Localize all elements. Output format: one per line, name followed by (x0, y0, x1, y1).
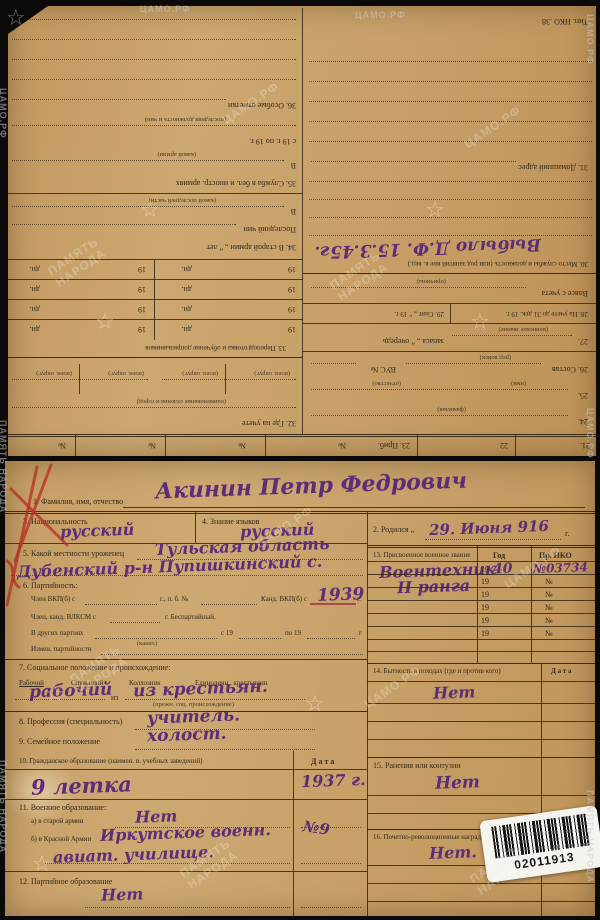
blank-line (452, 335, 572, 336)
blank-line (125, 699, 305, 700)
struck-off-register-label: Вовсе с учета (541, 289, 588, 298)
star-watermark-icon: ☆ (95, 310, 115, 335)
grid-line (515, 434, 516, 456)
field-12-label: 12. Партийное образование (19, 877, 112, 886)
field-6-from-year: с 19 (221, 629, 233, 637)
number-sign: № (545, 629, 553, 638)
camo-watermark: ЦАМО.РФ (585, 14, 595, 65)
field-35-army-caption: (какой армии) (157, 151, 196, 158)
scanned-document-page: { "watermarks": {"camo": "ЦАМО.РФ", "pam… (0, 0, 600, 920)
year-prefix: 19 (138, 265, 146, 274)
rule (8, 357, 303, 358)
blank-line (12, 125, 296, 126)
field-35-dates: с 19 г. по 19 г. (249, 137, 296, 146)
rule (367, 545, 595, 548)
year-prefix: 19 (481, 565, 489, 574)
rule (123, 507, 585, 508)
star-watermark-icon: ☆ (425, 198, 445, 223)
year-prefix: 19 (288, 305, 296, 314)
field-31-label: 31. Домашний адрес (518, 163, 588, 172)
rule (8, 259, 303, 260)
field-6-card-no-label: г., п. б. № (160, 595, 188, 603)
number-sign: № (338, 441, 346, 450)
rule (367, 574, 595, 575)
rule (367, 639, 595, 640)
rule (8, 299, 303, 300)
field-6-nonparty-label: г. Беспартийный. (165, 613, 216, 621)
rule (367, 651, 595, 652)
days-suffix: дн. (182, 265, 192, 274)
field-11b-label: б) в Красной Армии (31, 835, 91, 843)
blank-line (425, 539, 561, 540)
blank-line (307, 638, 355, 639)
blank-line (12, 99, 226, 100)
blank-line (85, 907, 290, 908)
blank-line (309, 81, 592, 82)
military-district-caption: (воен. округ) (254, 370, 290, 377)
field-25-caption-name: (имя) (511, 380, 526, 387)
star-watermark-icon: ☆ (470, 310, 490, 335)
field-28-label: 28. На учете до 31 дек. 19 г. (506, 310, 588, 318)
field-14-handwritten-value: Нет (433, 682, 476, 702)
field-27-suffix: запаса „ “ очередь (383, 337, 444, 346)
blank-line (135, 749, 315, 750)
blank-line (309, 199, 592, 200)
year-prefix: 19 (481, 577, 489, 586)
field-15-label: 15. Ранения или контузии (373, 761, 461, 770)
year-prefix: 19 (288, 285, 296, 294)
star-watermark-icon: ☆ (6, 6, 26, 31)
blank-line (12, 224, 236, 225)
field-35-label: 35. Служба в бел. и иностр. армиях (176, 179, 296, 188)
field-15-handwritten-value: Нет (435, 772, 481, 794)
camo-watermark: ЦАМО.РФ (0, 88, 8, 139)
field-11b-handwritten-mark: №9 (302, 817, 331, 839)
field-3-handwritten-value: русский (60, 520, 135, 542)
blank-line (12, 407, 296, 408)
days-suffix: дн. (182, 305, 192, 314)
blank-line (309, 235, 592, 236)
blank-line (311, 389, 568, 390)
field-27-label: 27. (578, 337, 588, 346)
in-army-label: В (291, 161, 296, 170)
number-sign: № (545, 577, 553, 586)
field-12-handwritten-value: Нет (101, 884, 144, 904)
camo-watermark: ЦАМО.РФ (140, 4, 191, 14)
field-11b-handwritten-line1: Иркутское военн. (100, 820, 271, 845)
field-1-label: 1. Фамилия, имя, отчество (33, 497, 123, 506)
days-suffix: дн. (30, 325, 40, 334)
field-6-which-caption: (каких) (137, 640, 157, 647)
blank-line (201, 604, 257, 605)
field-23-label: 23. Приб. (378, 441, 410, 450)
column-divider (302, 8, 303, 434)
rule (367, 757, 595, 758)
rule (303, 303, 596, 304)
days-suffix: дн. (30, 285, 40, 294)
number-sign: № (545, 590, 553, 599)
grid-line (265, 434, 266, 456)
number-sign: № (238, 441, 246, 450)
field-9-handwritten-value: холост. (147, 724, 227, 747)
field-35-duty-caption: (последняя должность и чин) (145, 116, 226, 123)
year-prefix: 19 (138, 305, 146, 314)
grid-line (75, 434, 76, 456)
days-suffix: дн. (182, 285, 192, 294)
rule (367, 663, 595, 664)
rule (367, 626, 595, 627)
date-column-divider (293, 751, 294, 916)
vus-number-label: ВУС № (371, 365, 396, 374)
field-26-caption: (род войск) (480, 354, 511, 361)
field-6-g-suffix: г (359, 629, 362, 637)
star-watermark-icon: ☆ (45, 682, 65, 707)
date-column-header: Д а т а (551, 667, 572, 675)
field-16-label: 16. Почетно-революционные награды (373, 833, 486, 841)
pamyat-naroda-watermark: ПАМЯТЬ НАРОДА (585, 790, 595, 883)
field-6-candidate-label: Канд. ВКП(б) с (261, 595, 307, 603)
field-8-label: 8. Профессия (специальность) (19, 717, 122, 726)
rule (8, 319, 303, 320)
field-9-label: 9. Семейное положение (19, 737, 100, 746)
blank-line (11, 575, 363, 576)
field-33-label: 33. Переподготовка и обучение допризывни… (145, 344, 286, 352)
field-6-party-change-label: Измен. партийности (31, 645, 92, 653)
rule (367, 795, 595, 796)
field-11-label: 11. Военное образование: (19, 803, 106, 812)
rule (367, 721, 595, 722)
field-32-caption-city: (наименование селения и город) (137, 398, 226, 405)
star-watermark-icon: ☆ (140, 198, 160, 223)
rule (367, 739, 595, 740)
rule (367, 703, 595, 704)
field-22-label: 22 (500, 441, 508, 450)
blank-line (406, 363, 541, 364)
field-29-label: 29. Снят „ “ 19 г. (395, 310, 444, 318)
blank-line (162, 379, 296, 380)
field-6-year-suffix: г. (357, 595, 361, 603)
pamyat-naroda-watermark: ПАМЯТЬ НАРОДА (0, 420, 8, 513)
blank-line (309, 141, 592, 142)
days-suffix: дн. (30, 305, 40, 314)
field-6-vkpb-label: Член ВКП(б) с (31, 595, 75, 603)
rule (5, 659, 367, 660)
field-30-label: 30. Место службы и должность (или род за… (408, 260, 588, 268)
struck-off-caption: (причины) (417, 278, 446, 285)
field-10-handwritten-value: 9 летка (31, 771, 133, 799)
field-1-handwritten-value: Акинин Петр Федрович (155, 468, 468, 505)
field-30-handwritten-value: Выбыло Д.Ф. 15.3.45г. (314, 234, 541, 262)
date-column-header: Д а т а (311, 757, 334, 766)
blank-line (101, 654, 363, 655)
year-prefix: 19 (481, 590, 489, 599)
camo-watermark: ЦАМО.РФ (355, 10, 406, 20)
number-sign: № (545, 603, 553, 612)
pamyat-naroda-watermark: ПАМЯТЬ НАРОДА (0, 760, 8, 853)
days-suffix: дн. (182, 325, 192, 334)
camo-watermark: ЦАМО.РФ (585, 408, 595, 459)
star-watermark-icon: ☆ (548, 840, 568, 865)
print-shop-imprint: Тип. НКО .38 (542, 17, 588, 26)
field-10-label: 10. Гражданское образование (наимен. в. … (19, 757, 202, 765)
blank-line (309, 61, 592, 62)
number-sign: № (148, 441, 156, 450)
grid-line (154, 260, 155, 340)
blank-line (309, 217, 592, 218)
blank-line (239, 638, 281, 639)
rule (367, 600, 595, 601)
rule (367, 613, 595, 614)
field-2-year-suffix: г. (565, 529, 569, 538)
blank-line (309, 121, 592, 122)
field-16-handwritten-value: Нет. (429, 842, 477, 863)
military-district-caption: (воен. округ) (108, 370, 144, 377)
rule (367, 587, 595, 588)
blank-line (12, 39, 296, 40)
red-underline-mark (310, 603, 356, 605)
year-prefix: 19 (138, 325, 146, 334)
blank-line (85, 604, 157, 605)
rule (8, 279, 303, 280)
days-suffix: дн. (30, 265, 40, 274)
year-prefix: 19 (481, 616, 489, 625)
year-prefix: 19 (138, 285, 146, 294)
blank-line (12, 19, 296, 20)
grid-line (79, 364, 80, 394)
field-2-handwritten-value: 29. Июня 916 (429, 517, 549, 539)
blank-line (311, 415, 568, 416)
grid-line (450, 304, 451, 324)
field-27-caption: (воинское звание) (499, 326, 548, 333)
year-prefix: 19 (288, 325, 296, 334)
column-divider (367, 511, 368, 916)
blank-line (110, 622, 160, 623)
rule (303, 351, 596, 352)
rule (8, 193, 303, 194)
field-13-label: 13. Присвоенное военное звание (373, 551, 470, 559)
field-14-label: 14. Бытность в походах (где и против ког… (373, 667, 501, 675)
field-25-label: 25. (578, 391, 588, 400)
field-6-vlksm-label: Член, канд. ВЛКСМ с (31, 613, 96, 621)
field-25-caption-patronymic: (отчество) (372, 380, 401, 387)
field-34-label: 34. В старой армии „ “ лет (206, 243, 296, 252)
field-32-label: 32. Где на учете (242, 419, 296, 428)
field-6-to-year: по 19 (285, 629, 301, 637)
blank-line (95, 638, 217, 639)
rule (367, 901, 595, 902)
field-6-label: 6. Партийность: (23, 581, 78, 590)
rotated-form-content: 21. 22 23. Приб. № № № № 24. (фамилия) 2… (8, 6, 596, 456)
star-watermark-icon: ☆ (32, 852, 52, 877)
field-6-other-parties-label: В других партиях (31, 629, 84, 637)
military-district-caption: (воен. округ) (36, 370, 72, 377)
form-reverse-side-paper: 21. 22 23. Приб. № № № № 24. (фамилия) 2… (8, 6, 596, 456)
field-11a-label: а) в старой армии (31, 817, 84, 825)
in-unit-label: В (291, 207, 296, 216)
blank-line (311, 363, 356, 364)
rule (8, 434, 596, 437)
blank-line (301, 863, 361, 864)
year-prefix: 19 (481, 629, 489, 638)
year-prefix: 19 (288, 265, 296, 274)
grid-line (165, 434, 166, 456)
field-26-label: 26. Состав (552, 365, 588, 374)
blank-line (309, 181, 592, 182)
blank-line (12, 379, 148, 380)
rule (5, 769, 367, 770)
blank-line (12, 79, 296, 80)
number-sign: № (58, 441, 66, 450)
last-rank-label: Последний чин (244, 225, 296, 234)
blank-line (301, 907, 361, 908)
rule (5, 799, 367, 800)
blank-line (309, 101, 592, 102)
star-watermark-icon: ☆ (305, 692, 325, 717)
field-7-handwritten-origin: из крестьян. (133, 677, 268, 702)
field-5-label: 5. Какой местности уроженец (23, 549, 124, 558)
grid-line (225, 364, 226, 394)
number-sign: № (545, 616, 553, 625)
field-7-from-label: из (111, 693, 118, 702)
year-prefix: 19 (481, 603, 489, 612)
military-district-caption: (воен. округ) (182, 370, 218, 377)
field-2-label: 2. Родился „ (373, 525, 414, 534)
field-24-caption: (фамилия) (437, 406, 466, 413)
grid-line (417, 434, 418, 456)
field-10-handwritten-date: 1937 г. (301, 770, 366, 791)
blank-line (12, 160, 284, 161)
blank-line (12, 59, 296, 60)
blank-line (45, 863, 290, 864)
date-column-divider (541, 663, 542, 916)
blank-line (311, 161, 516, 162)
